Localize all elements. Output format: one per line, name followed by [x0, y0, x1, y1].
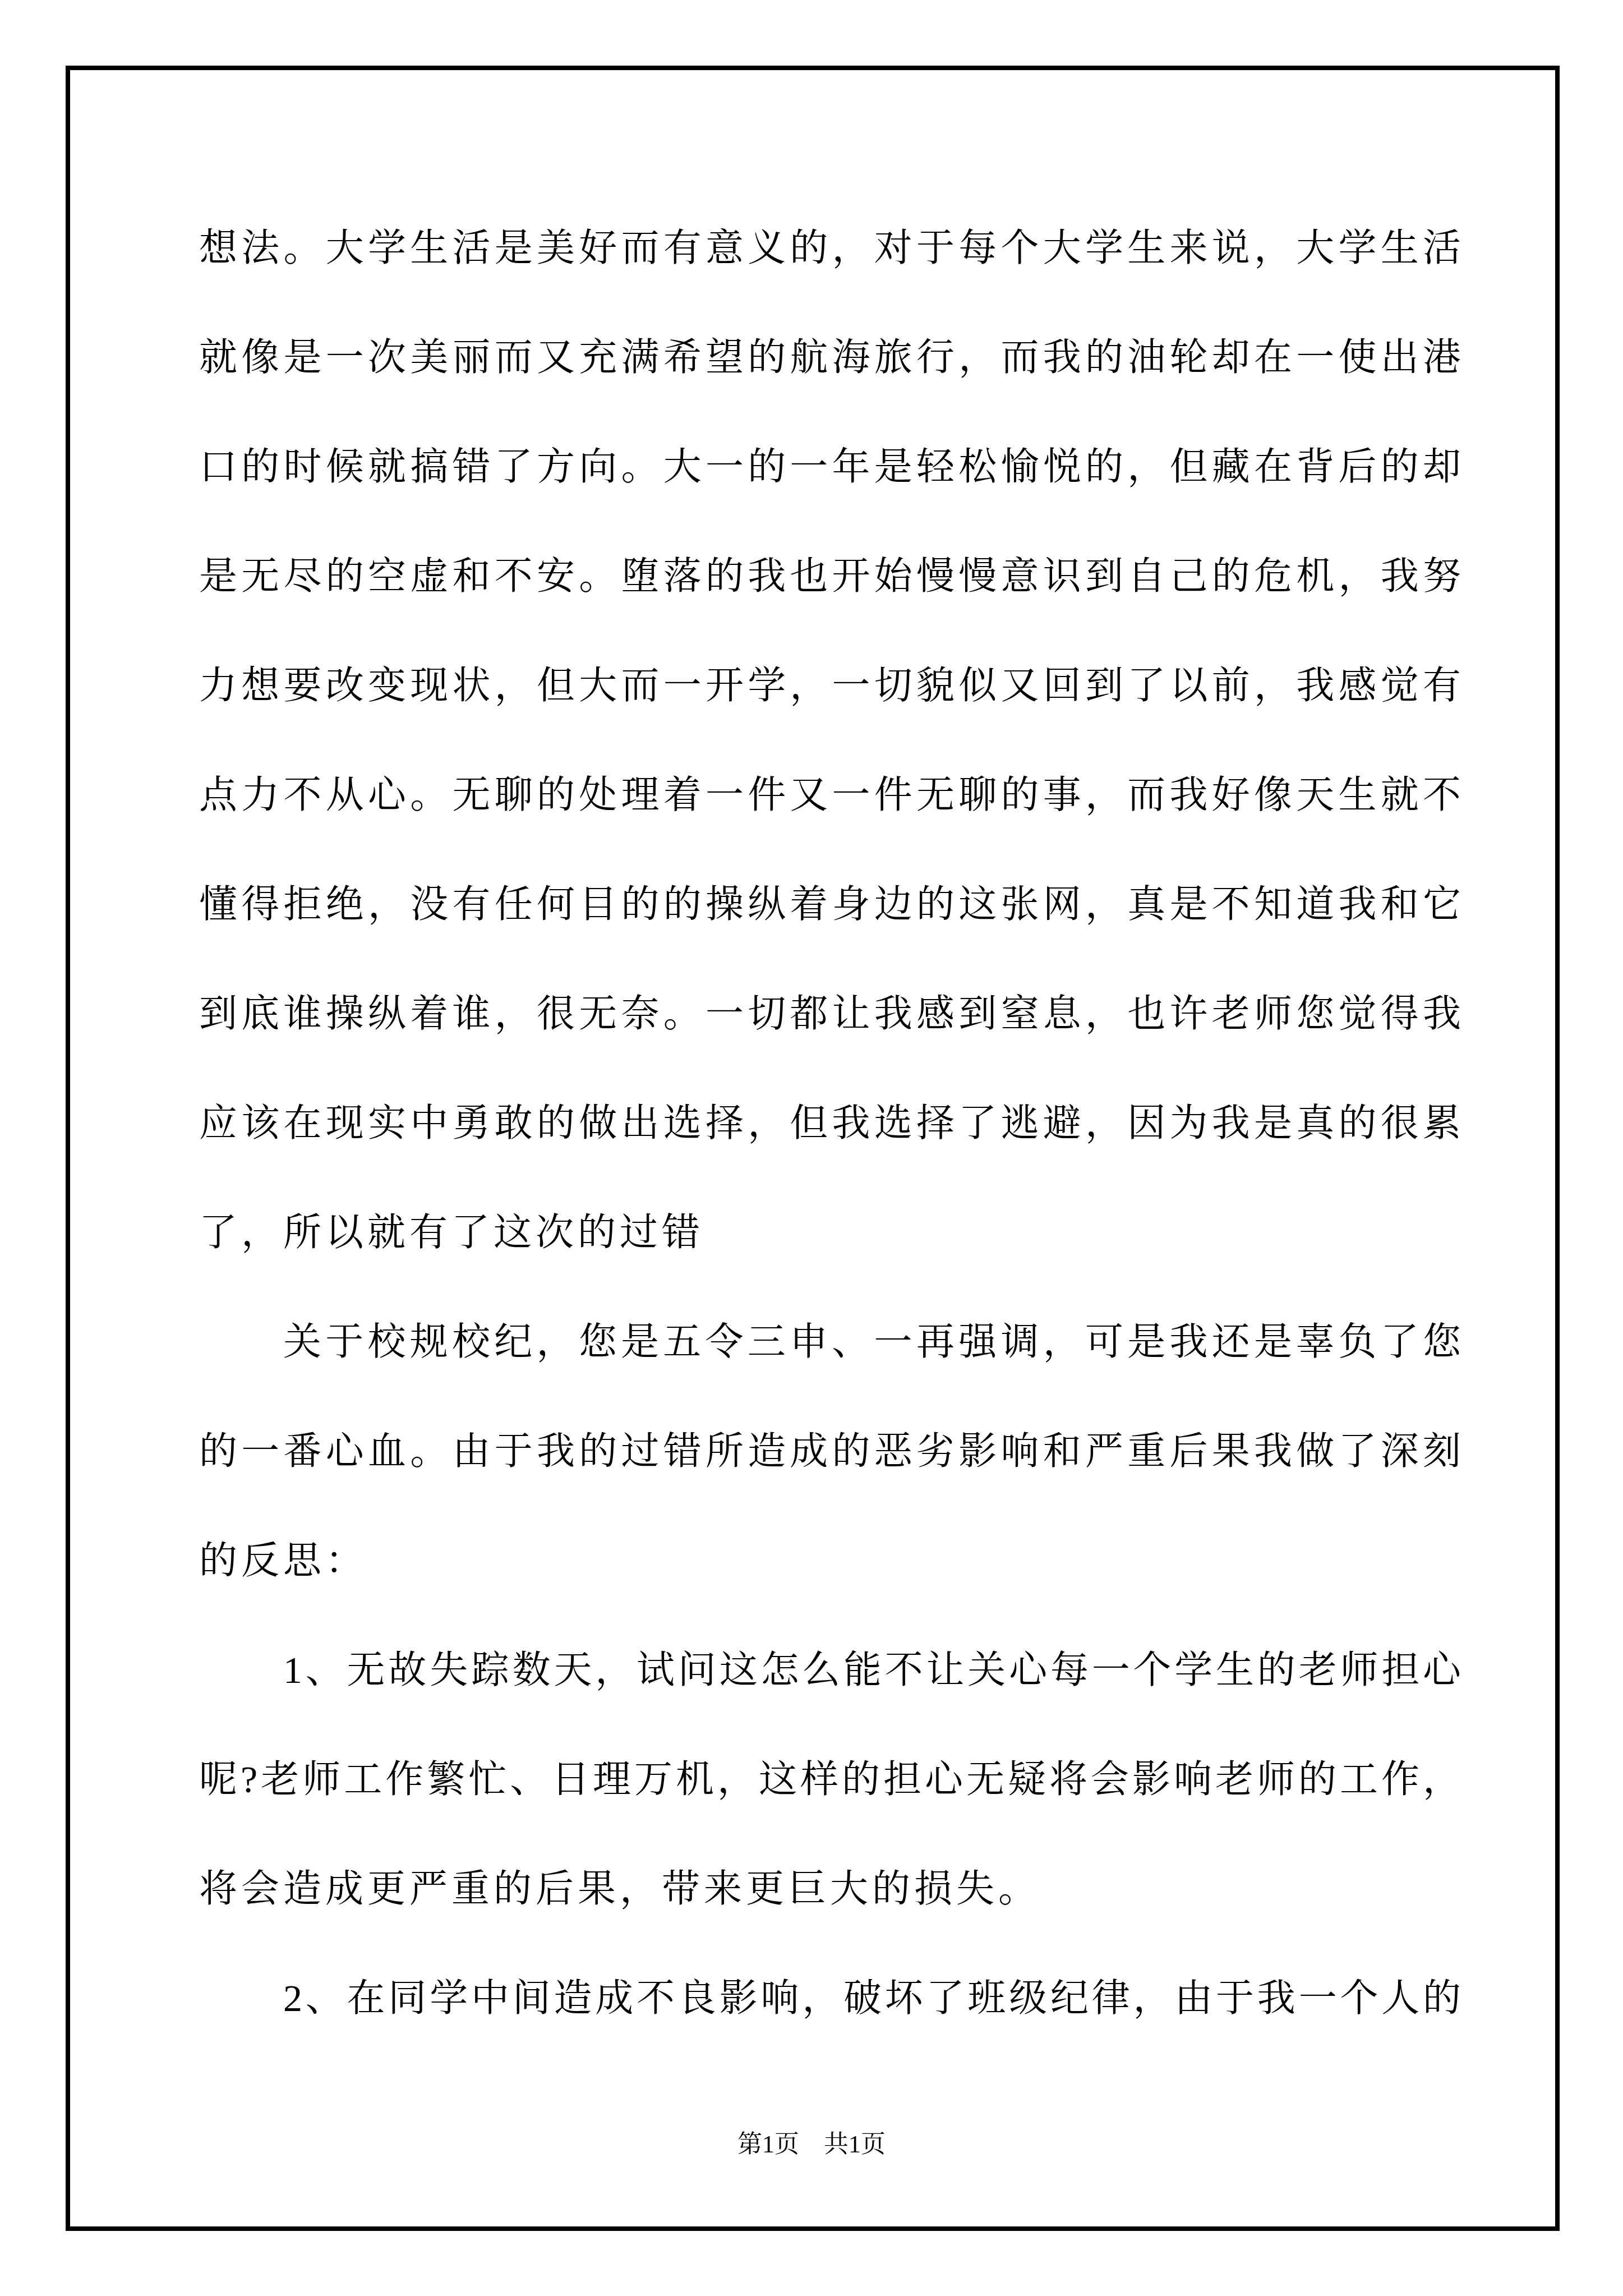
text-line: 关于校规校纪，您是五令三申、一再强调，可是我还是辜负了您 [199, 1287, 1461, 1397]
text-line: 就像是一次美丽而又充满希望的航海旅行，而我的油轮却在一使出港 [199, 303, 1461, 412]
document-page: { "page": { "background": "#ffffff", "bo… [0, 0, 1623, 2296]
text-line: 想法。大学生活是美好而有意义的，对于每个大学生来说，大学生活 [199, 194, 1461, 303]
text-line: 力想要改变现状，但大而一开学，一切貌似又回到了以前，我感觉有 [199, 631, 1461, 740]
text-line: 应该在现实中勇敢的做出选择，但我选择了逃避，因为我是真的很累 [199, 1069, 1461, 1178]
text-line: 的一番心血。由于我的过错所造成的恶劣影响和严重后果我做了深刻 [199, 1397, 1461, 1506]
text-line: 到底谁操纵着谁，很无奈。一切都让我感到窒息，也许老师您觉得我 [199, 959, 1461, 1069]
page-footer: 第1页 共1页 [0, 2128, 1623, 2161]
text-line: 懂得拒绝，没有任何目的的操纵着身边的这张网，真是不知道我和它 [199, 850, 1461, 959]
text-line: 口的时候就搞错了方向。大一的一年是轻松愉悦的，但藏在背后的却 [199, 412, 1461, 522]
text-line: 2、在同学中间造成不良影响，破坏了班级纪律，由于我一个人的 [199, 1944, 1461, 2053]
document-body: 想法。大学生活是美好而有意义的，对于每个大学生来说，大学生活就像是一次美丽而又充… [199, 194, 1461, 2053]
text-line: 呢?老师工作繁忙、日理万机，这样的担心无疑将会影响老师的工作， [199, 1725, 1461, 1834]
text-line: 是无尽的空虚和不安。堕落的我也开始慢慢意识到自己的危机，我努 [199, 522, 1461, 631]
text-line: 将会造成更严重的后果，带来更巨大的损失。 [199, 1834, 1461, 1944]
text-line: 1、无故失踪数天，试问这怎么能不让关心每一个学生的老师担心 [199, 1616, 1461, 1725]
text-line: 的反思： [199, 1506, 1461, 1616]
page-number: 第1页 共1页 [737, 2131, 886, 2158]
text-line: 点力不从心。无聊的处理着一件又一件无聊的事，而我好像天生就不 [199, 740, 1461, 850]
text-line: 了，所以就有了这次的过错 [199, 1178, 1461, 1287]
